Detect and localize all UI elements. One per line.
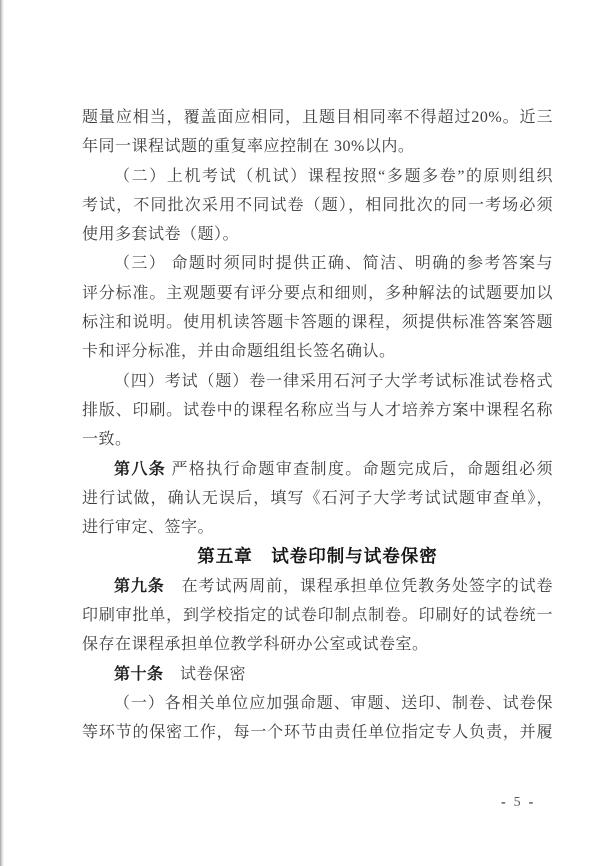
scan-edge-shadow	[0, 0, 4, 866]
chapter-heading: 第五章 试卷印制与试卷保密	[82, 542, 553, 571]
document-page: 题量应相当，覆盖面应相同，且题目相同率不得超过20%。近三年同一课程试题的重复率…	[0, 0, 614, 866]
text-line: 卡和评分标准，并由命题组组长签名确认。	[82, 337, 553, 366]
page-number: -5-	[501, 794, 533, 812]
text-line: 使用多套试卷（题）。	[82, 220, 553, 249]
text-line: 考试，不同批次采用不同试卷（题），相同批次的同一考场必须	[82, 191, 553, 220]
text-line: 年同一课程试题的重复率应控制在 30%以内。	[82, 132, 553, 161]
article-number: 第十条	[114, 666, 164, 683]
text-line: （三） 命题时须同时提供正确、简洁、明确的参考答案与	[82, 249, 553, 278]
page-number-value: 5	[514, 795, 521, 810]
article-number: 第九条	[114, 578, 165, 595]
text-line: 评分标准。主观题要有评分要点和细则，多种解法的试题要加以	[82, 279, 553, 308]
text-line: （四）考试（题）卷一律采用石河子大学考试标准试卷格式	[82, 367, 553, 396]
text-line: （一）各相关单位应加强命题、审题、送印、制卷、试卷保管	[82, 689, 553, 718]
text-line: 进行试做，确认无误后，填写《石河子大学考试试题审查单》，	[82, 484, 553, 513]
text-line: 印刷审批单，到学校指定的试卷印制点制卷。印刷好的试卷统一	[82, 601, 553, 630]
text-line: 标注和说明。使用机读答题卡答题的课程，须提供标准答案答题	[82, 308, 553, 337]
text-line: 排版、印刷。试卷中的课程名称应当与人才培养方案中课程名称	[82, 396, 553, 425]
text-line: 保存在课程承担单位教学科研办公室或试卷室。	[82, 630, 553, 659]
text-line: 一致。	[82, 425, 553, 454]
text-line: 题量应相当，覆盖面应相同，且题目相同率不得超过20%。近三	[82, 103, 553, 132]
text-line: 等环节的保密工作，每一个环节由责任单位指定专人负责，并履行	[82, 718, 553, 747]
text-line: 第十条 试卷保密	[82, 660, 553, 689]
document-lines: 题量应相当，覆盖面应相同，且题目相同率不得超过20%。近三年同一课程试题的重复率…	[82, 103, 553, 748]
text-line: （二）上机考试（机试）课程按照“多题多卷”的原则组织	[82, 162, 553, 191]
page-number-left-dash: -	[501, 795, 506, 810]
text-line: 第八条 严格执行命题审查制度。命题完成后，命题组必须	[82, 455, 553, 484]
article-number: 第八条	[114, 461, 166, 478]
page-number-right-dash: -	[529, 795, 534, 810]
text-line: 第九条 在考试两周前，课程承担单位凭教务处签字的试卷	[82, 572, 553, 601]
text-line: 进行审定、签字。	[82, 513, 553, 542]
